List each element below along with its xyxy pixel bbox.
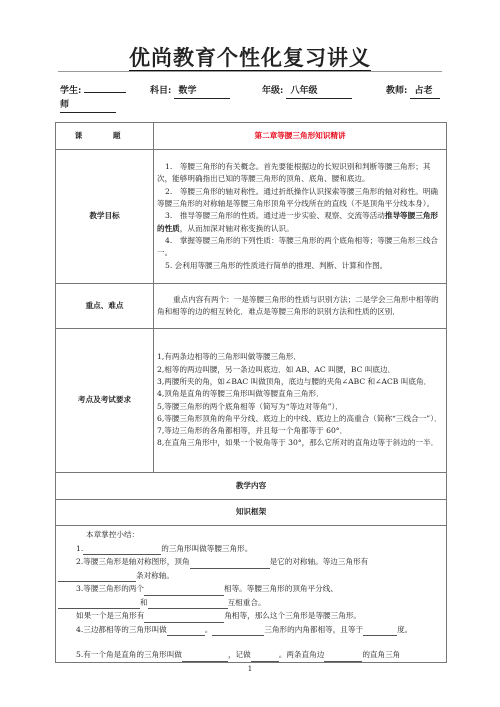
- blank-field[interactable]: [58, 572, 136, 582]
- goals-row: 教学目标 1. 等腰三角形的有关概念。首先要能根据边的长短识别和判断等腰三角形；…: [56, 150, 447, 284]
- blank-field[interactable]: [167, 626, 205, 636]
- text: 互相重合。: [228, 598, 266, 607]
- exam-point: 4,顶角是直角的等腰三角形叫做等腰直角三角形．: [157, 388, 443, 400]
- grade-value: 八年级: [286, 85, 352, 99]
- grade-label: 年级:: [262, 86, 283, 96]
- text: 3.等腰三角形的两个: [76, 584, 144, 593]
- exam-point: 5,等腰三角形的两个底角相等（简写为“等边对等角”）．: [157, 401, 443, 413]
- exam-point: 7,等边三角形的各角都相等，并且每一个角都等于 60°．: [157, 425, 443, 437]
- summary-line-3b: 和互相重合。: [58, 596, 443, 610]
- goals-content: 1. 等腰三角形的有关概念。首先要能根据边的长短识别和判断等腰三角形；其次，能够…: [154, 150, 447, 284]
- summary-line-5: 5.有一个角是直角的三角形叫做，记做。两条直角边的直角三角: [66, 648, 443, 662]
- blank-field[interactable]: [212, 626, 264, 636]
- exam-point: 3,两腰所夹的角，如∠BAC 叫做顶角，底边与腰的夹角∠ABC 和∠ACB 叫底…: [157, 376, 443, 388]
- blank-field[interactable]: [190, 559, 270, 569]
- text: 角相等，那么这个三角形是等腰三角形。: [224, 611, 361, 620]
- section-heading: 知识框架: [56, 500, 447, 526]
- summary-content: 本章掌控小结： 1.的三角形叫做等腰三角形。 2.等腰三角形是轴对称图形，顶角是…: [56, 526, 447, 663]
- text: 1.: [76, 544, 83, 553]
- goal-text: 3. 推导等腰三角形的性质。通过进一步实验、观察、交流等活动: [165, 211, 385, 220]
- blank-field[interactable]: [363, 626, 397, 636]
- text: 2.等腰三角形是轴对称图形，顶角: [76, 557, 190, 566]
- goal-item: 1. 等腰三角形的有关概念。首先要能根据边的长短识别和判断等腰三角形；其次，能够…: [157, 161, 443, 186]
- page-number: 1: [0, 665, 500, 673]
- summary-line-3c: 如果一个是三角形有角相等，那么这个三角形是等腰三角形。: [66, 609, 443, 623]
- exam-point: 6,等腰三角形顶角的角平分线、底边上的中线、底边上的高重合（简称“三线合一”）．: [157, 413, 443, 425]
- exam-point: 2,相等的两边叫腰，另一条边叫底边．如 AB、AC 叫腰，BC 叫底边．: [157, 364, 443, 376]
- subject-value: 数学: [174, 85, 230, 99]
- text: 和: [140, 598, 148, 607]
- blank-field[interactable]: [58, 599, 140, 609]
- goals-label: 教学目标: [56, 150, 154, 284]
- blank-field[interactable]: [144, 613, 224, 623]
- topic-row: 课 题 第二章等腰三角形知识精讲: [56, 123, 447, 150]
- goal-item: 5. 会利用等腰三角形的性质进行简单的推理、判断、计算和作图。: [157, 260, 443, 272]
- goal-text: ，从而加深对轴对称变换的认识。: [180, 224, 294, 233]
- topic-value: 第二章等腰三角形知识精讲: [154, 123, 447, 150]
- blank-field[interactable]: [144, 586, 224, 596]
- exam-label: 考点及考试要求: [56, 329, 154, 473]
- teacher-label: 教师:: [386, 86, 407, 96]
- key-content: 重点内容有两个：一是等腰三角形的性质与识别方法；二是学会三角形中相等的角和相等的…: [154, 284, 447, 329]
- text: 三角形的内角都相等，且等于: [264, 625, 363, 634]
- subject-label: 科目:: [150, 86, 171, 96]
- key-row: 重点、难点 重点内容有两个：一是等腰三角形的性质与识别方法；二是学会三角形中相等…: [56, 284, 447, 329]
- grade-field: 年级: 八年级: [262, 85, 352, 99]
- title-divider: [58, 71, 442, 72]
- summary-line-1: 1.的三角形叫做等腰三角形。: [66, 542, 443, 556]
- text: 。: [205, 625, 213, 634]
- student-field: 学生:: [60, 85, 126, 98]
- goal-item: 3. 推导等腰三角形的性质。通过进一步实验、观察、交流等活动推导等腰三角形的性质…: [157, 210, 443, 235]
- section-heading: 教学内容: [56, 473, 447, 500]
- goal-item: 2. 等腰三角形的轴对称性。通过折纸操作认识探索等腰三角形的轴对称性。明确等腰三…: [157, 186, 443, 211]
- topic-label: 课 题: [56, 123, 154, 150]
- text: 4.三边都相等的三角形叫做: [76, 625, 167, 634]
- exam-point: 8,在直角三角形中，如果一个锐角等于 30°，那么它所对的直角边等于斜边的一半．: [157, 437, 443, 449]
- teacher-value-continued: 师: [60, 99, 116, 113]
- text: 度。: [397, 625, 412, 634]
- student-value: [84, 92, 126, 93]
- summary-line-2b: 条对称轴。: [58, 569, 443, 583]
- exam-row: 考点及考试要求 1,有两条边相等的三角形叫做等腰三角形． 2,相等的两边叫腰，另…: [56, 329, 447, 473]
- blank-field[interactable]: [83, 545, 161, 555]
- lesson-table: 课 题 第二章等腰三角形知识精讲 教学目标 1. 等腰三角形的有关概念。首先要能…: [55, 122, 447, 663]
- section-teaching-content: 教学内容: [56, 473, 447, 500]
- title-text: 优尚教育个性化复习讲义: [129, 45, 371, 72]
- teacher-value: 占老: [410, 85, 440, 99]
- blank-field[interactable]: [324, 652, 362, 662]
- blank-field[interactable]: [182, 652, 228, 662]
- summary-line-2: 2.等腰三角形是轴对称图形，顶角是它的对称轴。等边三角形有: [66, 555, 443, 569]
- exam-content: 1,有两条边相等的三角形叫做等腰三角形． 2,相等的两边叫腰，另一条边叫底边．如…: [154, 329, 447, 473]
- text: 的三角形叫做等腰三角形。: [161, 544, 252, 553]
- exam-point: 1,有两条边相等的三角形叫做等腰三角形．: [157, 351, 443, 363]
- summary-line-4: 4.三边都相等的三角形叫做。三角形的内角都相等，且等于度。: [66, 623, 443, 637]
- text: 条对称轴。: [136, 571, 174, 580]
- teacher-field: 教师: 占老: [386, 85, 440, 99]
- section-knowledge-framework: 知识框架: [56, 500, 447, 526]
- summary-line-3: 3.等腰三角形的两个相等。等腰三角形的顶角平分线、: [66, 582, 443, 596]
- text: 。两条直角边: [279, 650, 325, 659]
- blank-field[interactable]: [251, 652, 279, 662]
- text: ，记做: [228, 650, 251, 659]
- text: 如果一个是三角形有: [76, 611, 144, 620]
- text: 的直角三角: [362, 650, 400, 659]
- key-text: 重点内容有两个：一是等腰三角形的性质与识别方法；二是学会三角形中相等的角和相等的…: [157, 294, 443, 319]
- summary-row: 本章掌控小结： 1.的三角形叫做等腰三角形。 2.等腰三角形是轴对称图形，顶角是…: [56, 526, 447, 663]
- student-label: 学生:: [60, 86, 81, 96]
- subject-field: 科目: 数学: [150, 85, 230, 99]
- blank-field[interactable]: [148, 599, 228, 609]
- teacher-field-wrap: 师: [60, 99, 116, 113]
- summary-heading: 本章掌控小结：: [66, 526, 443, 542]
- key-label: 重点、难点: [56, 284, 154, 329]
- text: 是它的对称轴。等边三角形有: [270, 557, 369, 566]
- document-title: 优尚教育个性化复习讲义: [0, 42, 500, 72]
- text: 相等。等腰三角形的顶角平分线、: [224, 584, 338, 593]
- text: 5.有一个角是直角的三角形叫做: [76, 650, 182, 659]
- goal-item: 4. 掌握等腰三角形的下列性质：等腰三角形的两个底角相等；等腰三角形三线合一。: [157, 235, 443, 260]
